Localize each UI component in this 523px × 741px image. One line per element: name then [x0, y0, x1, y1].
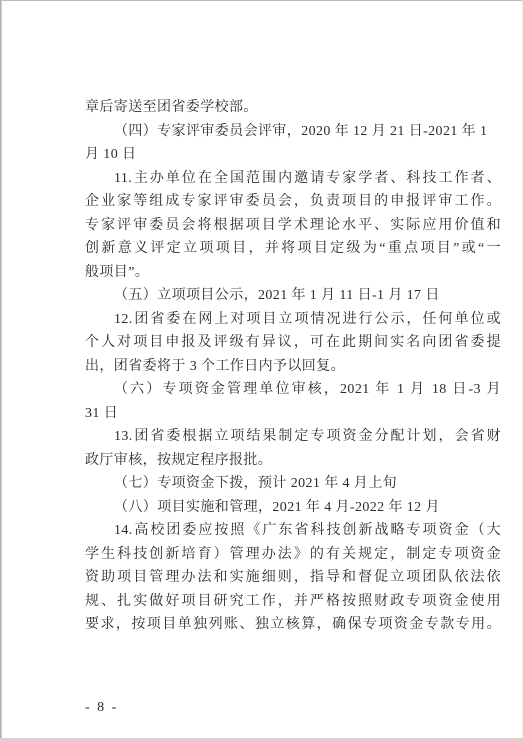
text-line: 企业家等组成专家评审委员会，负责项目的申报评审工作。 [85, 190, 501, 214]
text-line: 般项目”。 [85, 261, 501, 285]
text-line: （四）专家评审委员会评审，2020 年 12 月 21 日-2021 年 1 [85, 120, 501, 144]
text-line: 资助项目管理办法和实施细则，指导和督促立项团队依法依 [85, 566, 501, 590]
text-line: 12.团省委在网上对项目立项情况进行公示，任何单位或 [85, 308, 501, 332]
text-line: （六）专项资金管理单位审核，2021 年 1 月 18 日-3 月 [85, 378, 501, 402]
text-line: 学生科技创新培育）管理办法》的有关规定，制定专项资金 [85, 543, 501, 567]
text-line: （八）项目实施和管理，2021 年 4 月-2022 年 12 月 [85, 496, 501, 520]
document-page: 章后寄送至团省委学校部。（四）专家评审委员会评审，2020 年 12 月 21 … [0, 0, 523, 741]
text-line: 31 日 [85, 402, 501, 426]
text-line: 个人对项目申报及评级有异议，可在此期间实名向团省委提 [85, 331, 501, 355]
text-line: 13.团省委根据立项结果制定专项资金分配计划，会省财 [85, 425, 501, 449]
text-line: 章后寄送至团省委学校部。 [85, 96, 501, 120]
text-line: 11.主办单位在全国范围内邀请专家学者、科技工作者、 [85, 167, 501, 191]
text-line: 创新意义评定立项项目，并将项目定级为“重点项目”或“一 [85, 237, 501, 261]
text-line: 14.高校团委应按照《广东省科技创新战略专项资金（大 [85, 519, 501, 543]
text-line: 专家评审委员会将根据项目学术理论水平、实际应用价值和 [85, 214, 501, 238]
document-body: 章后寄送至团省委学校部。（四）专家评审委员会评审，2020 年 12 月 21 … [85, 96, 501, 637]
text-line: （七）专项资金下拨，预计 2021 年 4 月上旬 [85, 472, 501, 496]
text-line: （五）立项项目公示，2021 年 1 月 11 日-1 月 17 日 [85, 284, 501, 308]
text-line: 规、扎实做好项目研究工作，并严格按照财政专项资金使用 [85, 590, 501, 614]
page-top-edge [0, 0, 523, 1]
text-line: 出，团省委将于 3 个工作日内予以回复。 [85, 355, 501, 379]
text-line: 要求，按项目单独列账、独立核算，确保专项资金专款专用。 [85, 613, 501, 637]
page-left-edge [0, 0, 2, 741]
page-number: - 8 - [85, 697, 118, 719]
text-line: 政厅审核，按规定程序报批。 [85, 449, 501, 473]
text-line: 月 10 日 [85, 143, 501, 167]
